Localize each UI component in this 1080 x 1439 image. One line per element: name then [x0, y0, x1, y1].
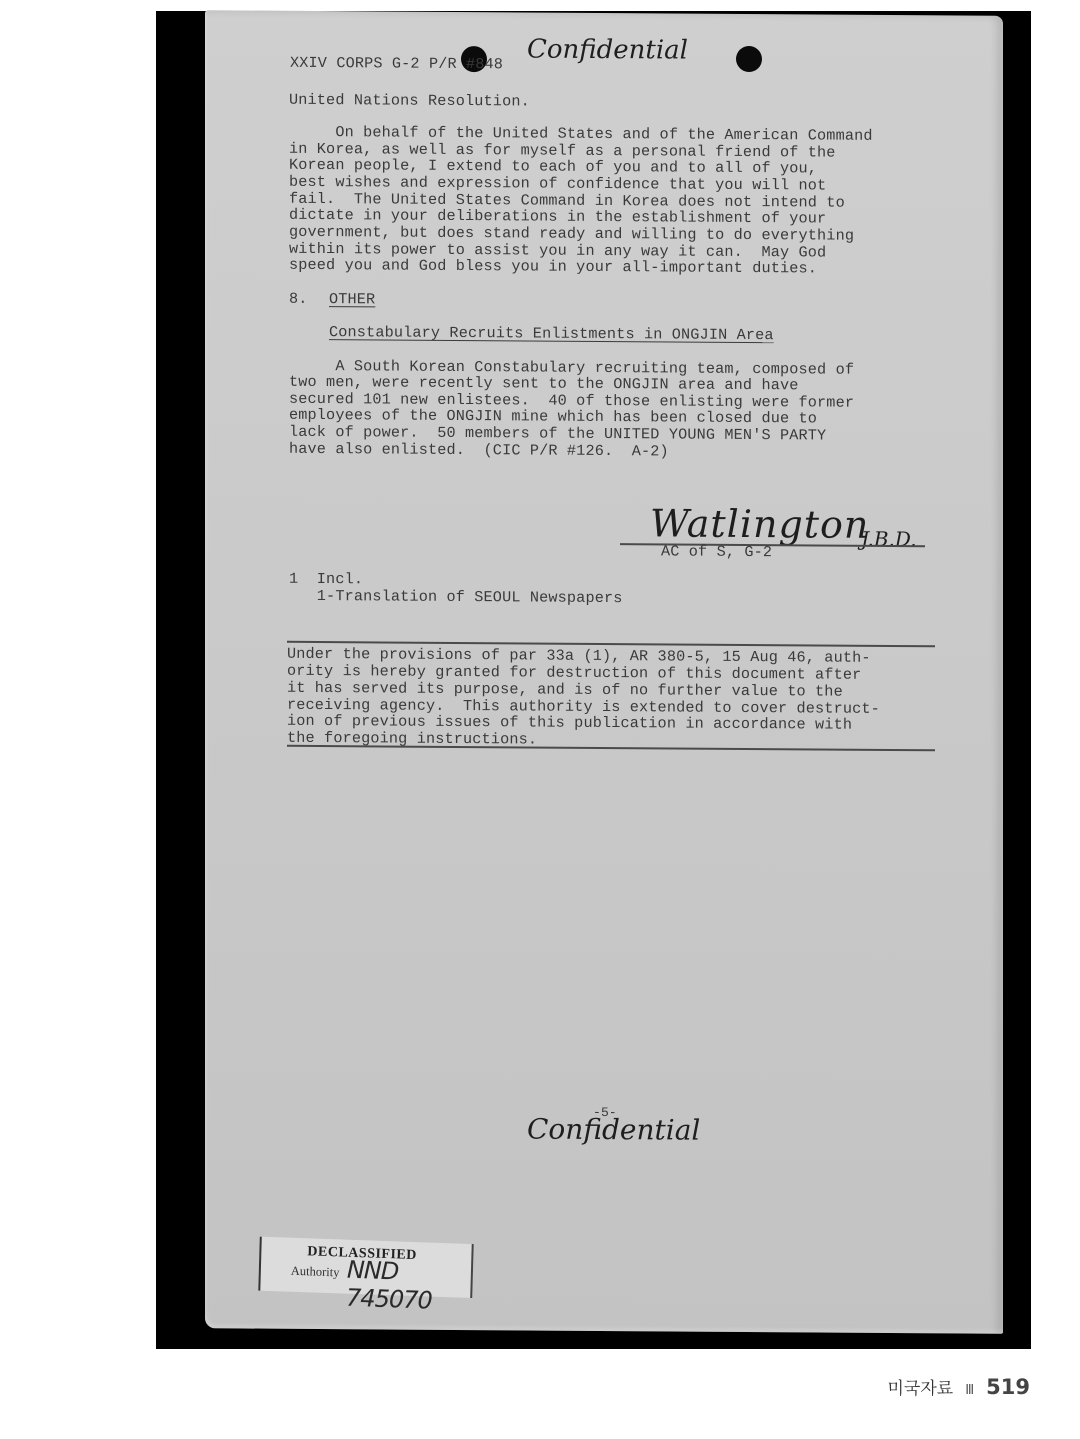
paragraph-constabulary: A South Korean Constabulary recruiting t… — [205, 10, 1003, 16]
punch-hole-right — [736, 46, 762, 72]
header-reference: XXIV CORPS G-2 P/R #848 — [290, 55, 503, 73]
paragraph-un-resolution: On behalf of the United States and of th… — [205, 10, 1003, 16]
notice-bottom-rule — [287, 745, 935, 752]
signature-title: AC of S, G-2 — [661, 543, 772, 560]
stamp-authority-value: NND 745070 — [346, 1256, 472, 1316]
book-page-number: 519 — [986, 1375, 1030, 1399]
confidential-handwritten-bottom: Confidential — [527, 1112, 700, 1146]
confidential-handwritten-top: Confidential — [527, 34, 688, 65]
signature-initials: J.B.D. — [861, 527, 917, 551]
scan-frame: XXIV CORPS G-2 P/R #848 Confidential Uni… — [156, 11, 1031, 1349]
document-page: XXIV CORPS G-2 P/R #848 Confidential Uni… — [205, 10, 1003, 1334]
volume-separator: Ⅲ — [965, 1383, 974, 1398]
destruction-notice: Under the provisions of par 33a (1), AR … — [205, 10, 1003, 16]
inclosure-item: 1-Translation of SEOUL Newspapers — [289, 588, 623, 607]
inclosure-count: 1 Incl. — [289, 571, 363, 588]
section-title: OTHER — [329, 291, 375, 308]
subsection-title: Constabulary Recruits Enlistments in ONG… — [329, 324, 774, 344]
book-title: 미국자료 — [887, 1374, 953, 1399]
signature-block: Watlington J.B.D. AC of S, G-2 — [205, 10, 1003, 16]
book-footer: 미국자료 Ⅲ 519 — [887, 1374, 1030, 1399]
declassified-stamp: DECLASSIFIED Authority NND 745070 — [258, 1237, 473, 1298]
signature: Watlington — [650, 501, 869, 547]
stamp-authority-label: Authority — [291, 1264, 340, 1281]
section-number: 8. — [289, 291, 308, 308]
intro-line: United Nations Resolution. — [289, 92, 530, 110]
